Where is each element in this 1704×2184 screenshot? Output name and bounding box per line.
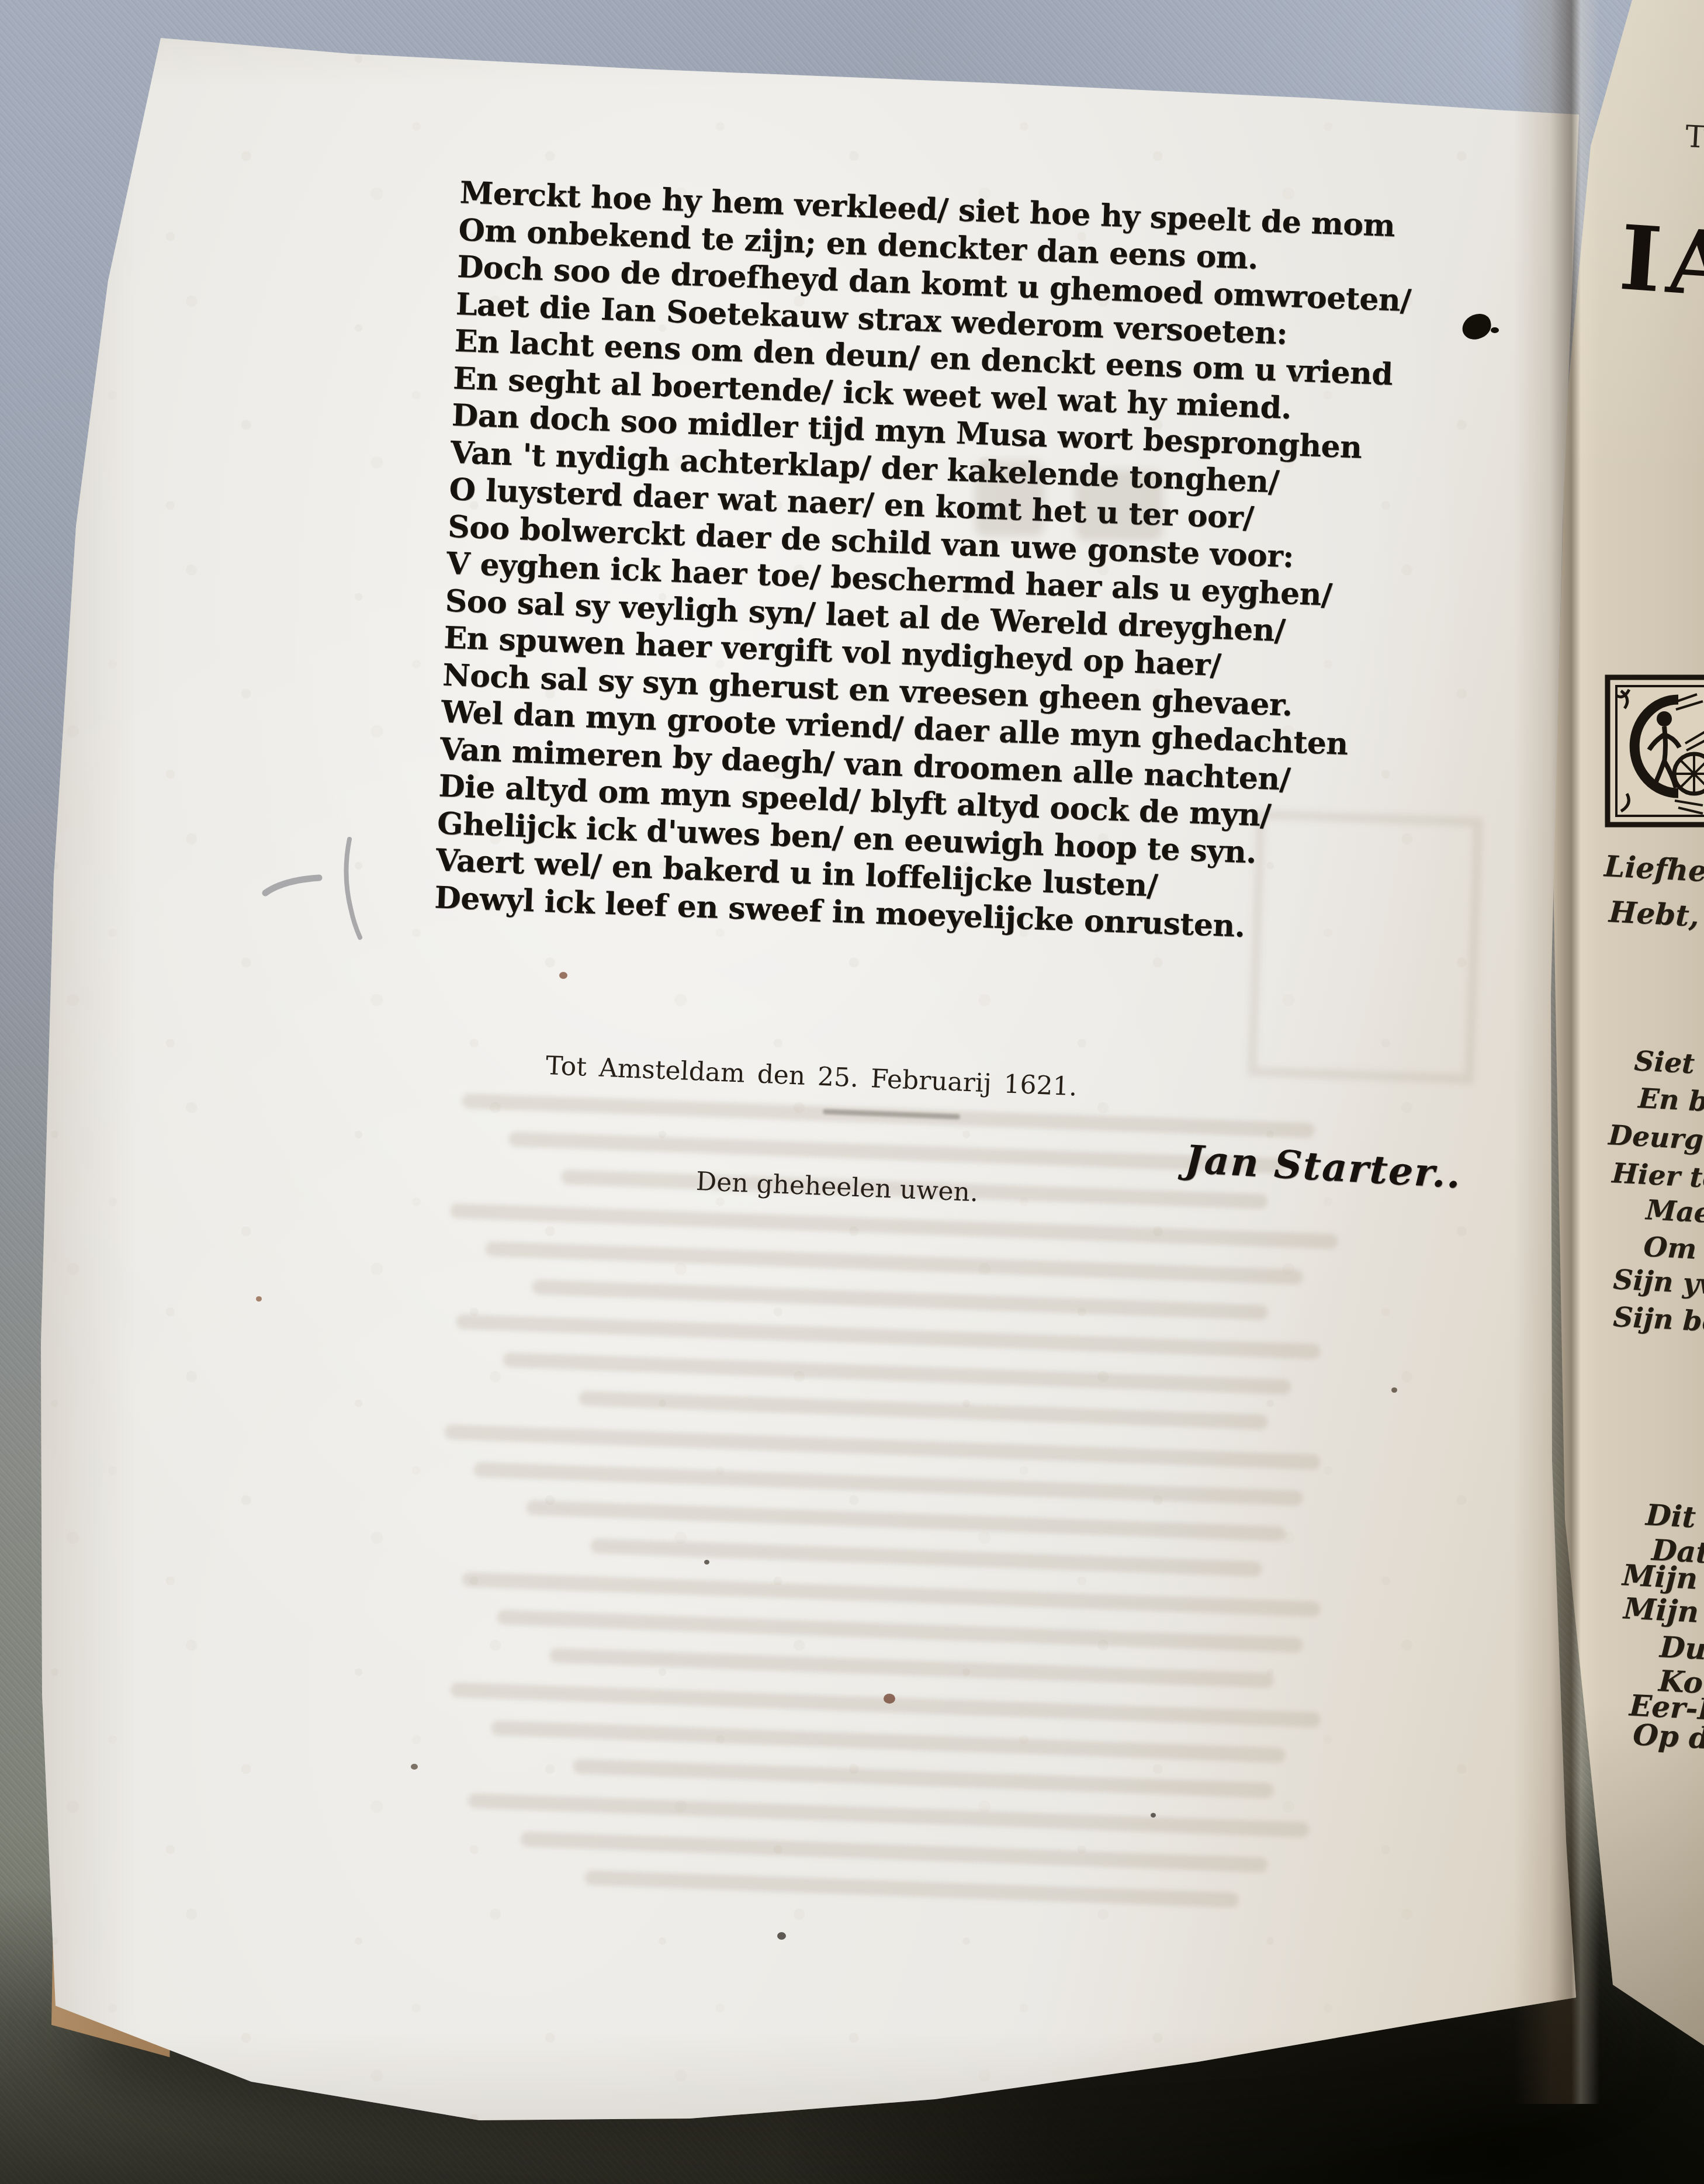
right-page-line-fragment: Hier te — [1611, 1157, 1704, 1195]
right-page-running-head-fragment: T — [1684, 119, 1704, 155]
paper-speck — [559, 972, 567, 979]
paper-speck — [1391, 1387, 1397, 1393]
paper-speck — [256, 1296, 262, 1302]
poem-text-block: Merckt hoe hy hem verkleed/ siet hoe hy … — [434, 174, 1415, 950]
right-page-line-fragment: Op da — [1632, 1717, 1704, 1756]
right-page-line-fragment: Sijn yve — [1612, 1264, 1704, 1302]
right-page-line-fragment: Mijn k — [1623, 1591, 1704, 1631]
right-page-line-fragment: Om h — [1643, 1231, 1704, 1267]
paper-speck — [1151, 1813, 1156, 1818]
right-page-line-fragment: Dit — [1645, 1497, 1696, 1534]
woodcut-initial-C — [1603, 673, 1704, 829]
pencil-mark — [257, 836, 392, 958]
book-photograph: T IA LiefhebbHebt, koSiet hoEn beDeurgro… — [0, 0, 1704, 2184]
right-page-title-fragment: IA — [1617, 213, 1704, 310]
right-page-line-fragment: En be — [1637, 1082, 1704, 1119]
ink-blot-tail — [1491, 327, 1499, 333]
right-page-line-fragment: Siet ho — [1633, 1045, 1704, 1083]
right-page-line-fragment: Maer — [1645, 1194, 1704, 1230]
paper-speck — [704, 1560, 709, 1565]
paper-speck — [411, 1764, 418, 1770]
paper-speck — [1294, 376, 1298, 380]
right-page-line-fragment: Du — [1659, 1629, 1704, 1666]
right-page-line-fragment: Sijn boe — [1612, 1301, 1704, 1340]
paper-speck — [884, 1694, 895, 1704]
paper-speck — [777, 1932, 786, 1940]
left-page: Merckt hoe hy hem verkleed/ siet hoe hy … — [0, 0, 1704, 2184]
